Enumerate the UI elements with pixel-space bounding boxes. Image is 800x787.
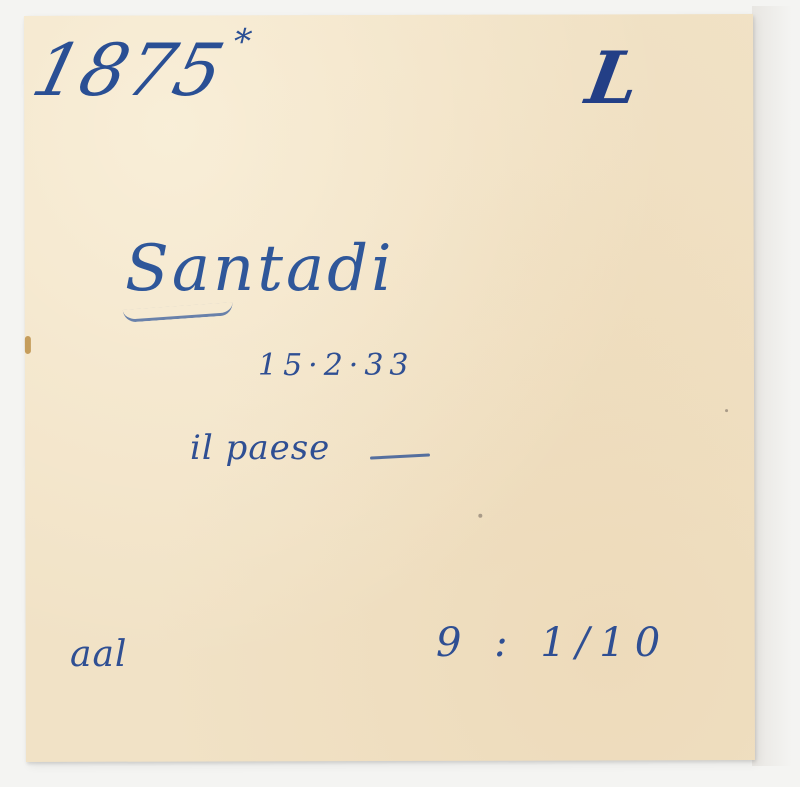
subject: il paese <box>190 428 330 468</box>
place-name: Santadi <box>125 232 395 306</box>
card-shadow <box>752 6 792 766</box>
date: 15·2·33 <box>258 348 415 383</box>
catalog-number: 1875* <box>25 28 255 112</box>
paper-speck <box>725 409 728 412</box>
edge-stain <box>25 336 31 354</box>
catalog-number-value: 1875 <box>25 28 233 112</box>
ratio: 9 : 1/10 <box>436 620 670 666</box>
paper-speck <box>478 514 482 518</box>
initials: aal <box>70 634 127 675</box>
